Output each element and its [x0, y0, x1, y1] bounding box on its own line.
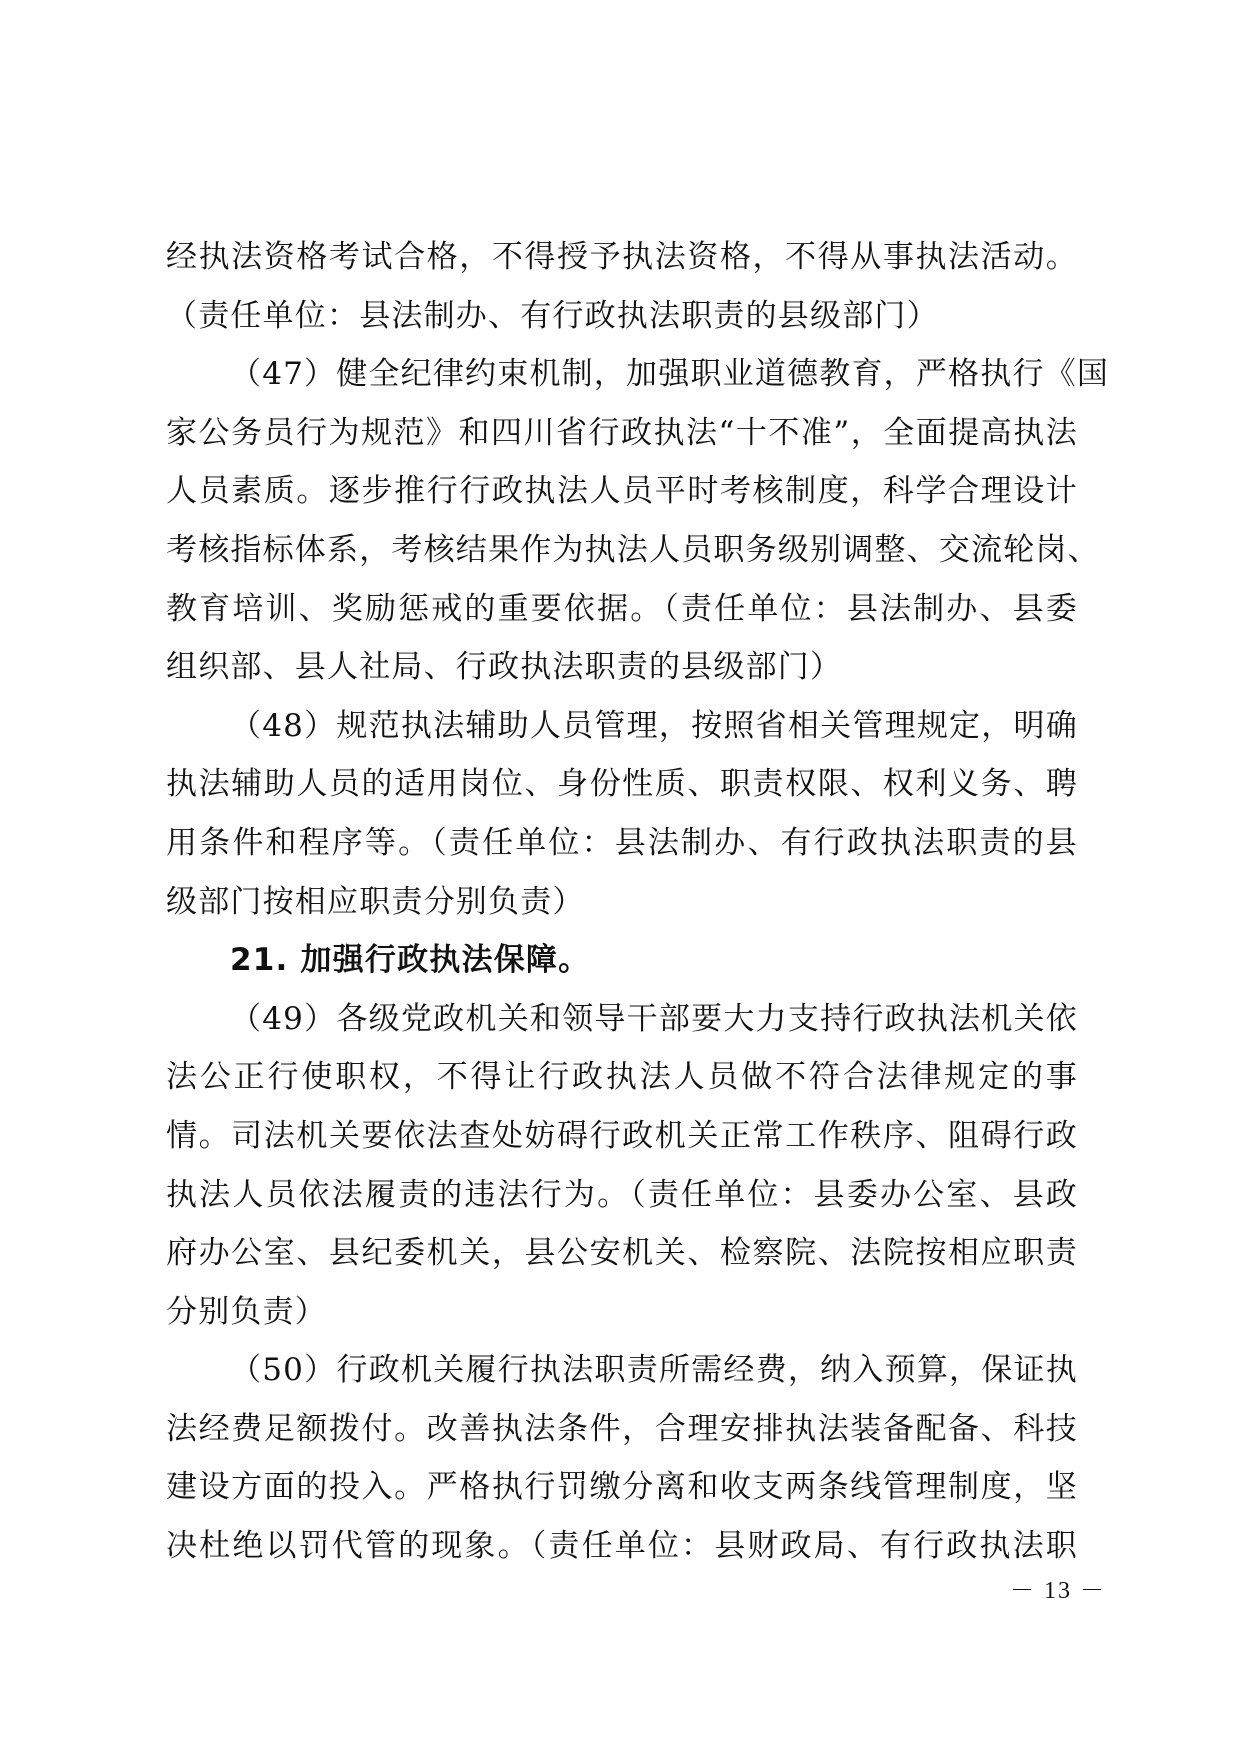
paragraph-48-line-last: 级部门按相应职责分别负责）: [166, 873, 1078, 932]
paragraph-47-line: 家公务员行为规范》和四川省行政执法“十不准”，全面提高执法: [166, 404, 1078, 463]
document-page-body: 经执法资格考试合格，不得授予执法资格，不得从事执法活动。 （责任单位：县法制办、…: [166, 228, 1078, 1576]
page-number: － 13 －: [1003, 1570, 1113, 1605]
section-heading-21: 21. 加强行政执法保障。: [166, 931, 1078, 990]
paragraph-46-line-end: 经执法资格考试合格，不得授予执法资格，不得从事执法活动。: [166, 228, 1078, 287]
paragraph-46-responsibility: （责任单位：县法制办、有行政执法职责的县级部门）: [166, 287, 1078, 346]
paragraph-47-line: 考核指标体系，考核结果作为执法人员职务级别调整、交流轮岗、: [166, 521, 1078, 580]
paragraph-47-line: （47）健全纪律约束机制，加强职业道德教育，严格执行《国: [166, 345, 1078, 404]
paragraph-49-line-last: 分别负责）: [166, 1283, 1078, 1342]
paragraph-50-line: 法经费足额拨付。改善执法条件，合理安排执法装备配备、科技: [166, 1400, 1078, 1459]
paragraph-49-line: 府办公室、县纪委机关，县公安机关、检察院、法院按相应职责: [166, 1224, 1078, 1283]
paragraph-47-line-last: 组织部、县人社局、行政执法职责的县级部门）: [166, 638, 1078, 697]
paragraph-49-line: （49）各级党政机关和领导干部要大力支持行政执法机关依: [166, 990, 1078, 1049]
paragraph-48-line: 执法辅助人员的适用岗位、身份性质、职责权限、权利义务、聘: [166, 755, 1078, 814]
paragraph-50-line: 建设方面的投入。严格执行罚缴分离和收支两条线管理制度，坚: [166, 1458, 1078, 1517]
paragraph-47-line: 教育培训、奖励惩戒的重要依据。（责任单位：县法制办、县委: [166, 580, 1078, 639]
paragraph-50-line: 决杜绝以罚代管的现象。（责任单位：县财政局、有行政执法职: [166, 1517, 1078, 1576]
paragraph-47-line: 人员素质。逐步推行行政执法人员平时考核制度，科学合理设计: [166, 462, 1078, 521]
paragraph-50-line: （50）行政机关履行执法职责所需经费，纳入预算，保证执: [166, 1341, 1078, 1400]
paragraph-49-line: 情。司法机关要依法查处妨碍行政机关正常工作秩序、阻碍行政: [166, 1107, 1078, 1166]
paragraph-48-line: （48）规范执法辅助人员管理，按照省相关管理规定，明确: [166, 697, 1078, 756]
paragraph-49-line: 执法人员依法履责的违法行为。（责任单位：县委办公室、县政: [166, 1166, 1078, 1225]
paragraph-48-line: 用条件和程序等。（责任单位：县法制办、有行政执法职责的县: [166, 814, 1078, 873]
paragraph-49-line: 法公正行使职权，不得让行政执法人员做不符合法律规定的事: [166, 1048, 1078, 1107]
